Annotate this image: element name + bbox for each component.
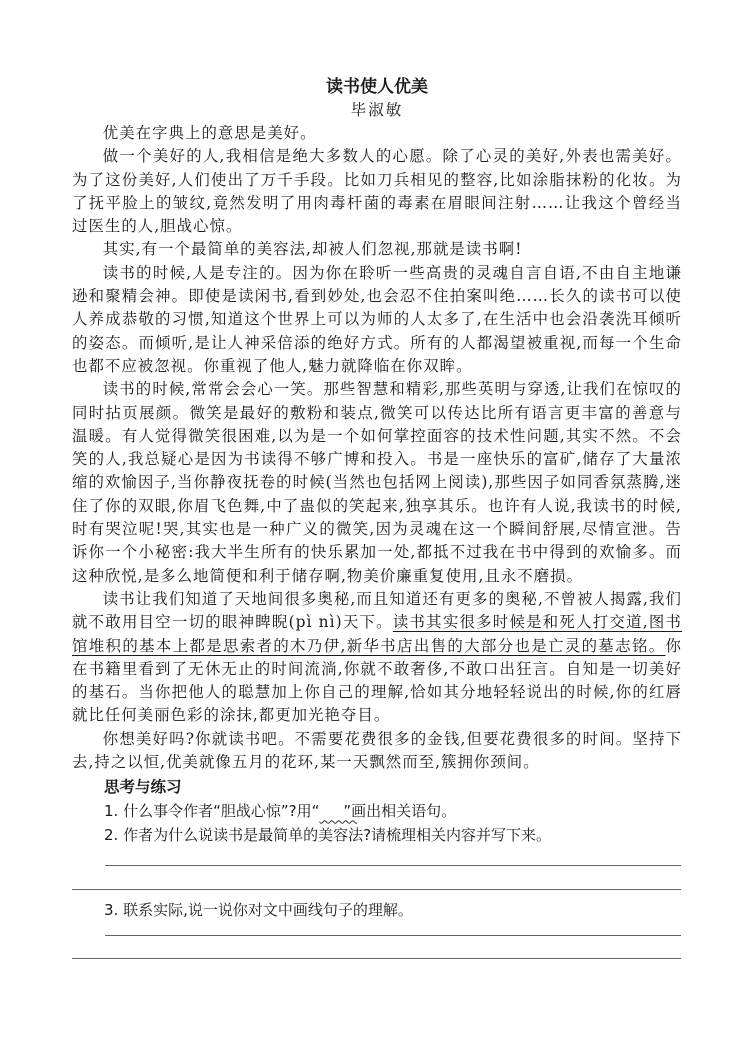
article-title: 读书使人优美 <box>72 76 682 99</box>
paragraph-with-underline: 读书让我们知道了天地间很多奥秘,而且知道还有更多的奥秘,不曾被人揭露,我们就不敢… <box>72 588 682 728</box>
question-2: 2. 作者为什么说读书是最简单的美容法?请梳理相关内容并写下来。 <box>72 823 682 847</box>
exercises-heading: 思考与练习 <box>72 775 682 799</box>
paragraph: 优美在字典上的意思是美好。 <box>72 122 682 145</box>
answer-line-q3-2[interactable] <box>72 958 681 959</box>
question-text: 1. 什么事令作者“胆战心惊”?用“ <box>104 802 319 820</box>
answer-line-q2-2[interactable] <box>72 889 681 890</box>
paragraph: 读书的时候,人是专注的。因为你在聆听一些高贵的灵魂自言自语,不由自主地谦逊和聚精… <box>72 262 682 378</box>
wavy-underline-mark: ~~~ <box>319 799 343 823</box>
paragraph: 其实,有一个最简单的美容法,却被人们忽视,那就是读书啊! <box>72 238 682 261</box>
question-1: 1. 什么事令作者“胆战心惊”?用“~~~”画出相关语句。 <box>72 799 682 823</box>
question-text: ”画出相关语句。 <box>343 802 456 820</box>
answer-line-q2-1[interactable] <box>105 865 681 866</box>
paragraph: 你想美好吗?你就读书吧。不需要花费很多的金钱,但要花费很多的时间。坚持下去,持之… <box>72 728 682 775</box>
question-3: 3. 联系实际,说一说你对文中画线句子的理解。 <box>72 898 714 922</box>
paragraph: 读书的时候,常常会会心一笑。那些智慧和精彩,那些英明与穿透,让我们在惊叹的同时拈… <box>72 378 682 588</box>
article-author: 毕淑敏 <box>72 99 682 122</box>
worksheet-page: 读书使人优美 毕淑敏 优美在字典上的意思是美好。 做一个美好的人,我相信是绝大多… <box>72 76 682 847</box>
answer-line-q3-1[interactable] <box>105 935 681 936</box>
paragraph: 做一个美好的人,我相信是绝大多数人的心愿。除了心灵的美好,外表也需美好。为了这份… <box>72 145 682 238</box>
